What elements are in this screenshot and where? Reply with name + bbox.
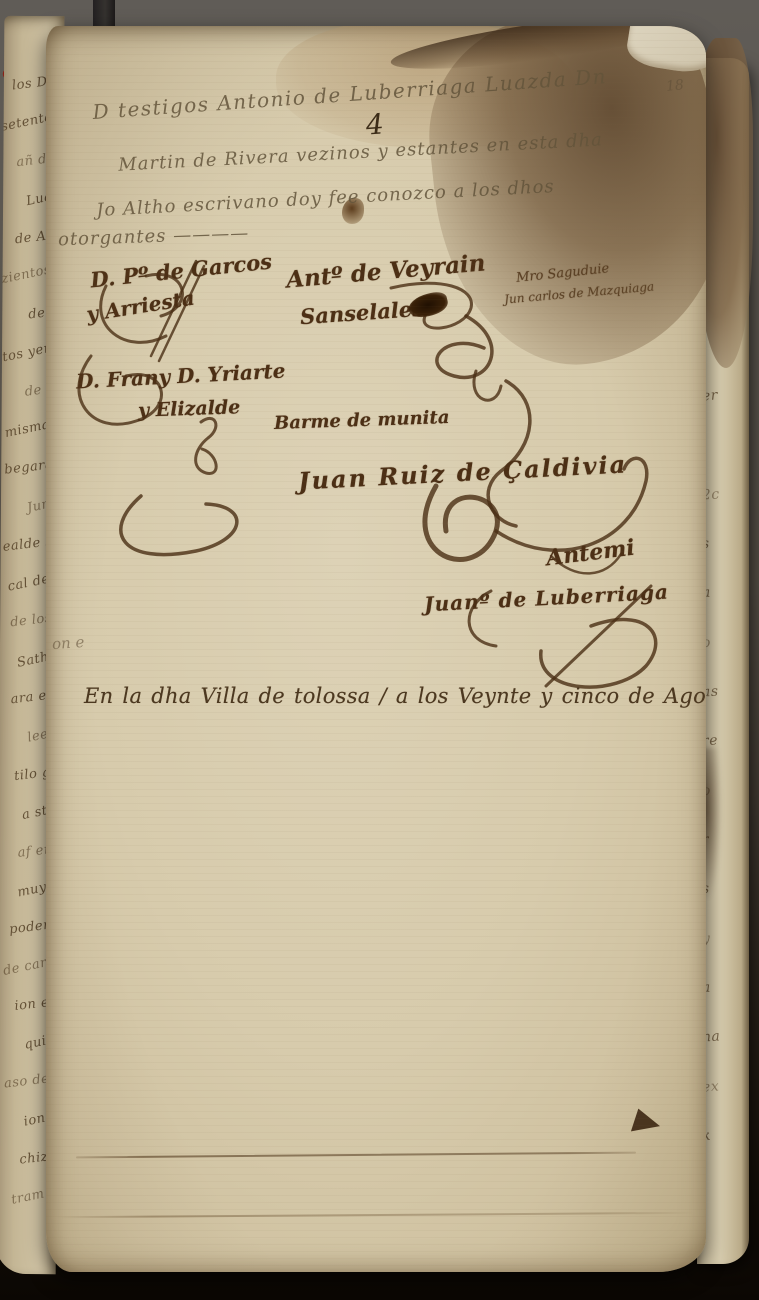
- signature-garcos: D. Pº de Garcos: [89, 249, 273, 293]
- text-fragment: a st: [21, 803, 49, 823]
- signature-yriarte: D. Frany D. Yriarte: [76, 359, 286, 394]
- witness-clause-line: otorgantes ————: [58, 223, 250, 251]
- text-fragment: cal de: [6, 571, 50, 594]
- signature-veyrain: Sanselales: [299, 296, 424, 330]
- text-fragment: poder: [8, 918, 50, 938]
- folio-number: 18: [665, 77, 684, 95]
- text-fragment: chiz: [19, 1149, 49, 1167]
- margin-note: on e: [51, 633, 85, 653]
- text-fragment: qui: [23, 1034, 48, 1053]
- text-fragment: tos yer: [1, 340, 52, 364]
- signature-luberriaga: Juanº de Luberriaga: [424, 580, 670, 617]
- ante-mi-note: Antemi: [545, 535, 636, 572]
- signature-veyrain: Antº de Veyrain: [285, 249, 486, 293]
- photo-backdrop: los Desetentaañ deLuade Auhizientosde lt…: [0, 0, 759, 1300]
- text-fragment: Sath: [16, 649, 51, 670]
- ink-mark: [631, 1109, 663, 1140]
- text-fragment: ion e: [14, 995, 50, 1014]
- text-fragment: aso de: [3, 1071, 50, 1091]
- text-fragment: hizientos: [0, 262, 52, 290]
- manuscript-text-line: En la dha Villa de tolossa / a los Veynt…: [84, 684, 706, 708]
- text-fragment: tram: [11, 1186, 47, 1204]
- signature-munita: Barme de munita: [274, 407, 450, 434]
- text-fragment: de car: [1, 955, 48, 979]
- manuscript-page: 18 4 D testigos Antonio de Luberriaga Lu…: [46, 26, 706, 1272]
- text-fragment: muy: [17, 880, 49, 901]
- fold-crease: [56, 1212, 696, 1218]
- closing-rule: [76, 1152, 636, 1159]
- signature-garcos: y Arriesta: [85, 286, 196, 327]
- signature-ruiz-zaldivia: Juan Ruiz de Çaldivia: [297, 449, 627, 495]
- signature-yriarte: y Elizalde: [138, 396, 241, 422]
- page-numeral: 4: [365, 107, 385, 141]
- text-fragment: ion: [23, 1111, 47, 1130]
- text-fragment: misma: [4, 418, 52, 442]
- notarial-act-paragraph: En la dha Villa de tolossa / a los Veynt…: [72, 678, 702, 715]
- ink-blot: [406, 289, 450, 320]
